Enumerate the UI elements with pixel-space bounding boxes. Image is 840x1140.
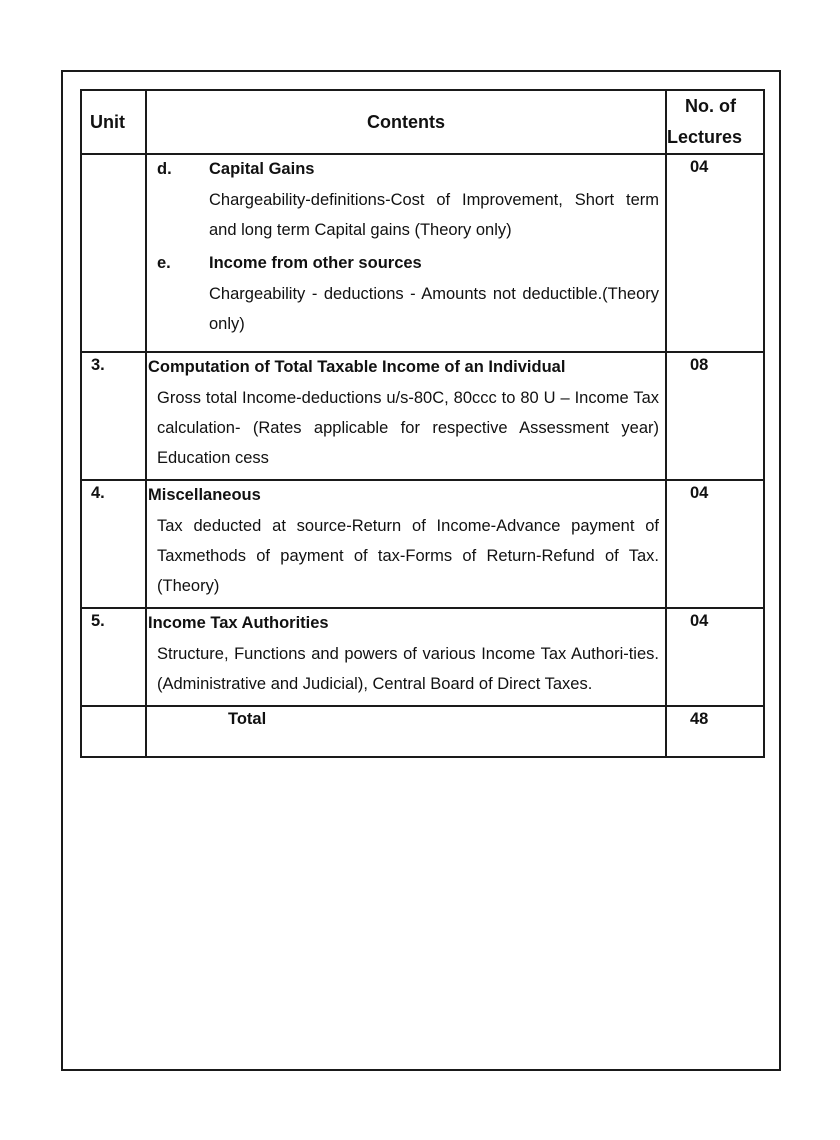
table-row: 4. Miscellaneous Tax deducted at source-… bbox=[81, 480, 764, 608]
unit-desc: Structure, Functions and powers of vario… bbox=[147, 639, 659, 699]
subitem-desc: Chargeability - deductions - Amounts not… bbox=[209, 279, 659, 339]
total-label: Total bbox=[146, 706, 666, 757]
total-unit-cell bbox=[81, 706, 146, 757]
header-lectures: No. of Lectures bbox=[666, 90, 764, 154]
lectures-cell: 04 bbox=[666, 154, 764, 352]
contents-cell: Miscellaneous Tax deducted at source-Ret… bbox=[146, 480, 666, 608]
unit-cell: 3. bbox=[81, 352, 146, 480]
header-unit: Unit bbox=[81, 90, 146, 154]
lectures-cell: 08 bbox=[666, 352, 764, 480]
subitem-letter: d. bbox=[147, 157, 209, 251]
subitem-title: Capital Gains bbox=[209, 157, 659, 181]
table-row: 5. Income Tax Authorities Structure, Fun… bbox=[81, 608, 764, 706]
lectures-cell: 04 bbox=[666, 480, 764, 608]
header-lectures-line2: Lectures bbox=[667, 122, 763, 153]
header-contents: Contents bbox=[146, 90, 666, 154]
contents-cell: d. Capital Gains Chargeability-definitio… bbox=[146, 154, 666, 352]
unit-title: Computation of Total Taxable Income of a… bbox=[147, 355, 659, 379]
subitem-desc: Chargeability-definitions-Cost of Improv… bbox=[209, 185, 659, 245]
lectures-cell: 04 bbox=[666, 608, 764, 706]
subitem-title: Income from other sources bbox=[209, 251, 659, 275]
subitem: d. Capital Gains Chargeability-definitio… bbox=[147, 157, 659, 251]
contents-cell: Computation of Total Taxable Income of a… bbox=[146, 352, 666, 480]
unit-cell: 4. bbox=[81, 480, 146, 608]
syllabus-table: Unit Contents No. of Lectures d. Capital… bbox=[80, 89, 765, 758]
table-row: d. Capital Gains Chargeability-definitio… bbox=[81, 154, 764, 352]
contents-cell: Income Tax Authorities Structure, Functi… bbox=[146, 608, 666, 706]
total-value: 48 bbox=[666, 706, 764, 757]
unit-cell bbox=[81, 154, 146, 352]
unit-desc: Gross total Income-deductions u/s-80C, 8… bbox=[147, 383, 659, 473]
subitem-letter: e. bbox=[147, 251, 209, 345]
unit-title: Miscellaneous bbox=[147, 483, 659, 507]
subitem: e. Income from other sources Chargeabili… bbox=[147, 251, 659, 345]
total-row: Total 48 bbox=[81, 706, 764, 757]
table-header-row: Unit Contents No. of Lectures bbox=[81, 90, 764, 154]
unit-title: Income Tax Authorities bbox=[147, 611, 659, 635]
unit-desc: Tax deducted at source-Return of Income-… bbox=[147, 511, 659, 601]
header-lectures-line1: No. of bbox=[667, 91, 763, 122]
table-row: 3. Computation of Total Taxable Income o… bbox=[81, 352, 764, 480]
unit-cell: 5. bbox=[81, 608, 146, 706]
